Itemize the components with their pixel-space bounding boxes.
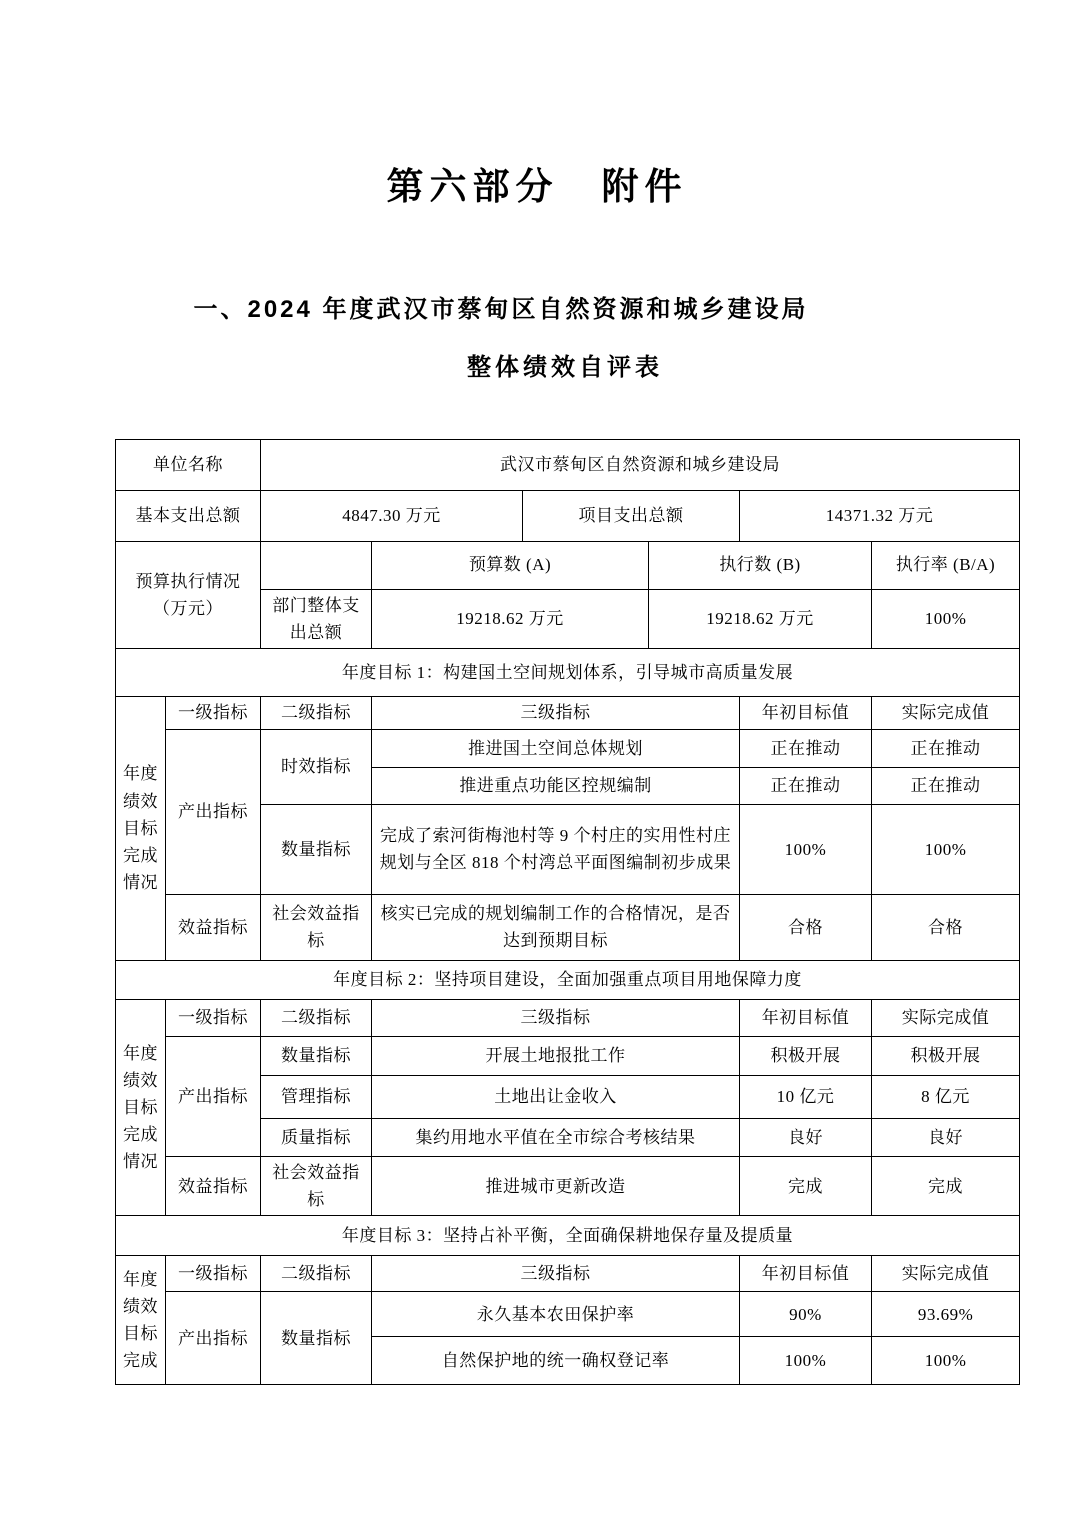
header-l1-cell: 一级指标 bbox=[166, 696, 261, 729]
target-cell: 100% bbox=[740, 804, 872, 894]
actual-cell: 良好 bbox=[872, 1118, 1020, 1156]
l3-cell: 土地出让金收入 bbox=[372, 1075, 740, 1118]
l1-cell: 产出指标 bbox=[166, 729, 261, 894]
rate-col-header-cell: 执行率 (B/A) bbox=[872, 541, 1020, 589]
exec-value-cell: 19218.62 万元 bbox=[649, 589, 872, 648]
actual-cell: 积极开展 bbox=[872, 1036, 1020, 1075]
l3-cell: 推进重点功能区控规编制 bbox=[372, 767, 740, 804]
l2-cell: 数量指标 bbox=[261, 1036, 372, 1075]
budget-execution-label-line1: 预算执行情况 bbox=[120, 568, 256, 595]
side-label-cell: 年度绩效目标完成 bbox=[116, 1256, 166, 1385]
exec-col-header-cell: 执行数 (B) bbox=[649, 541, 872, 589]
project-expenditure-label-cell: 项目支出总额 bbox=[523, 490, 740, 541]
l3-cell: 核实已完成的规划编制工作的合格情况，是否达到预期目标 bbox=[372, 894, 740, 960]
target-cell: 正在推动 bbox=[740, 767, 872, 804]
target-cell: 积极开展 bbox=[740, 1036, 872, 1075]
header-l1-cell: 一级指标 bbox=[166, 999, 261, 1036]
basic-expenditure-value-cell: 4847.30 万元 bbox=[261, 490, 523, 541]
header-actual-cell: 实际完成值 bbox=[872, 999, 1020, 1036]
actual-cell: 正在推动 bbox=[872, 729, 1020, 767]
goal-2-band-cell: 年度目标 2：坚持项目建设，全面加强重点项目用地保障力度 bbox=[116, 960, 1020, 999]
actual-cell: 合格 bbox=[872, 894, 1020, 960]
actual-cell: 100% bbox=[872, 804, 1020, 894]
l2-cell: 社会效益指标 bbox=[261, 894, 372, 960]
l1-cell: 产出指标 bbox=[166, 1036, 261, 1156]
actual-cell: 完成 bbox=[872, 1156, 1020, 1215]
l3-cell: 集约用地水平值在全市综合考核结果 bbox=[372, 1118, 740, 1156]
document-page: 第六部分 附件 一、2024 年度武汉市蔡甸区自然资源和城乡建设局 整体绩效自评… bbox=[0, 0, 1074, 1385]
rate-value-cell: 100% bbox=[872, 589, 1020, 648]
side-label-cell: 年度绩效目标完成情况 bbox=[116, 696, 166, 960]
l3-cell: 推进国土空间总体规划 bbox=[372, 729, 740, 767]
l2-cell: 数量指标 bbox=[261, 804, 372, 894]
target-cell: 合格 bbox=[740, 894, 872, 960]
header-l2-cell: 二级指标 bbox=[261, 1256, 372, 1292]
subtitle-line2: 整体绩效自评表 bbox=[28, 353, 1074, 383]
actual-cell: 8 亿元 bbox=[872, 1075, 1020, 1118]
header-target-cell: 年初目标值 bbox=[740, 1256, 872, 1292]
header-actual-cell: 实际完成值 bbox=[872, 696, 1020, 729]
goal-3-band-cell: 年度目标 3：坚持占补平衡，全面确保耕地保存量及提质量 bbox=[116, 1216, 1020, 1256]
l1-cell: 效益指标 bbox=[166, 1156, 261, 1215]
target-cell: 完成 bbox=[740, 1156, 872, 1215]
page-title: 第六部分 附件 bbox=[0, 0, 1074, 209]
budget-col-header-cell: 预算数 (A) bbox=[372, 541, 649, 589]
l2-cell: 数量指标 bbox=[261, 1292, 372, 1385]
side-label-cell: 年度绩效目标完成情况 bbox=[116, 999, 166, 1215]
header-target-cell: 年初目标值 bbox=[740, 999, 872, 1036]
l3-cell: 完成了索河街梅池村等 9 个村庄的实用性村庄规划与全区 818 个村湾总平面图编… bbox=[372, 804, 740, 894]
header-l2-cell: 二级指标 bbox=[261, 696, 372, 729]
header-l3-cell: 三级指标 bbox=[372, 696, 740, 729]
target-cell: 90% bbox=[740, 1292, 872, 1337]
budget-execution-label-cell: 预算执行情况 （万元） bbox=[116, 541, 261, 648]
header-actual-cell: 实际完成值 bbox=[872, 1256, 1020, 1292]
budget-execution-empty-cell bbox=[261, 541, 372, 589]
l2-cell: 社会效益指标 bbox=[261, 1156, 372, 1215]
l1-cell: 产出指标 bbox=[166, 1292, 261, 1385]
unit-name-label-cell: 单位名称 bbox=[116, 439, 261, 490]
l1-cell: 效益指标 bbox=[166, 894, 261, 960]
target-cell: 良好 bbox=[740, 1118, 872, 1156]
actual-cell: 93.69% bbox=[872, 1292, 1020, 1337]
target-cell: 100% bbox=[740, 1337, 872, 1385]
header-l3-cell: 三级指标 bbox=[372, 1256, 740, 1292]
goal-1-band-cell: 年度目标 1：构建国土空间规划体系，引导城市高质量发展 bbox=[116, 648, 1020, 696]
l3-cell: 永久基本农田保护率 bbox=[372, 1292, 740, 1337]
actual-cell: 正在推动 bbox=[872, 767, 1020, 804]
l3-cell: 自然保护地的统一确权登记率 bbox=[372, 1337, 740, 1385]
header-target-cell: 年初目标值 bbox=[740, 696, 872, 729]
actual-cell: 100% bbox=[872, 1337, 1020, 1385]
l3-cell: 推进城市更新改造 bbox=[372, 1156, 740, 1215]
target-cell: 10 亿元 bbox=[740, 1075, 872, 1118]
l2-cell: 质量指标 bbox=[261, 1118, 372, 1156]
budget-value-cell: 19218.62 万元 bbox=[372, 589, 649, 648]
project-expenditure-value-cell: 14371.32 万元 bbox=[740, 490, 1020, 541]
l2-cell: 管理指标 bbox=[261, 1075, 372, 1118]
subtitle-line1: 一、2024 年度武汉市蔡甸区自然资源和城乡建设局 bbox=[0, 295, 1038, 325]
target-cell: 正在推动 bbox=[740, 729, 872, 767]
header-l1-cell: 一级指标 bbox=[166, 1256, 261, 1292]
header-l2-cell: 二级指标 bbox=[261, 999, 372, 1036]
header-l3-cell: 三级指标 bbox=[372, 999, 740, 1036]
budget-execution-label-line2: （万元） bbox=[120, 595, 256, 622]
l2-cell: 时效指标 bbox=[261, 729, 372, 804]
dept-total-label-cell: 部门整体支出总额 bbox=[261, 589, 372, 648]
unit-name-value-cell: 武汉市蔡甸区自然资源和城乡建设局 bbox=[261, 439, 1020, 490]
self-evaluation-table: 单位名称 武汉市蔡甸区自然资源和城乡建设局 基本支出总额 4847.30 万元 … bbox=[115, 439, 1020, 1386]
l3-cell: 开展土地报批工作 bbox=[372, 1036, 740, 1075]
basic-expenditure-label-cell: 基本支出总额 bbox=[116, 490, 261, 541]
